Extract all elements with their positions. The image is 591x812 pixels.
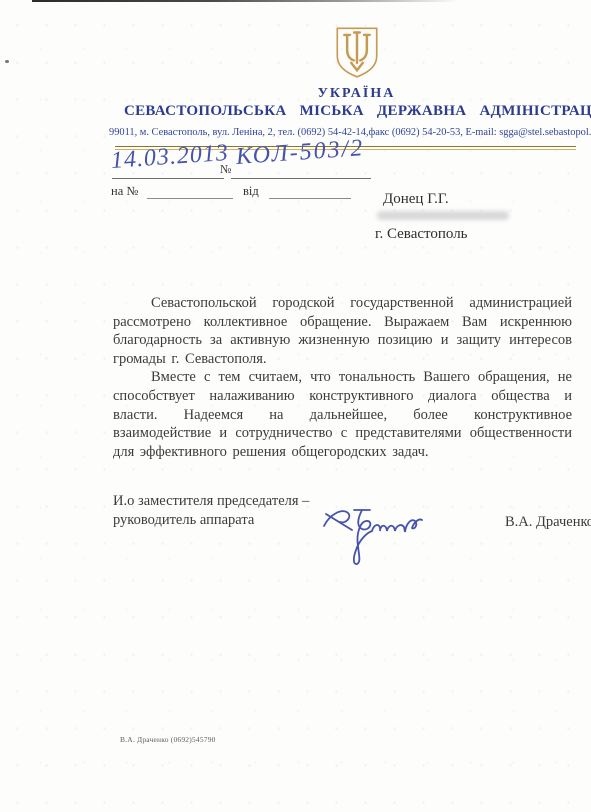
number-underline <box>231 178 371 179</box>
handwritten-reference-number: КОЛ-503/2 <box>235 135 365 171</box>
scan-artifact-top-line <box>32 0 477 2</box>
number-sign-label: № <box>220 162 231 177</box>
organization-name: СЕВАСТОПОЛЬСЬКА МІСЬКА ДЕРЖАВНА АДМІНІСТ… <box>124 103 591 120</box>
signer-title-line-1: И.о заместителя председателя – <box>113 492 309 511</box>
body-paragraph-2: Вместе с тем считаем, что тональность Ва… <box>113 368 572 461</box>
reply-date-blank-line <box>269 198 351 199</box>
scan-artifact-dot <box>5 60 9 63</box>
letter-body: Севастопольской городской государственно… <box>113 294 572 461</box>
country-name: УКРАЇНА <box>318 86 396 102</box>
scanned-letter-page: УКРАЇНА СЕВАСТОПОЛЬСЬКА МІСЬКА ДЕРЖАВНА … <box>0 0 591 812</box>
ukraine-trident-emblem-icon <box>334 25 380 81</box>
footer-contact-line: В.А. Драченко (0692)545790 <box>120 735 216 744</box>
signer-name: В.А. Драченко <box>505 514 591 531</box>
signer-title: И.о заместителя председателя – руководит… <box>113 492 309 530</box>
handwritten-signature <box>318 500 433 572</box>
body-paragraph-1: Севастопольской городской государственно… <box>113 294 572 368</box>
signer-title-line-2: руководитель аппарата <box>113 511 309 530</box>
recipient-city: г. Севастополь <box>375 226 468 243</box>
date-underline <box>112 178 224 179</box>
recipient-name: Донец Г.Г. <box>383 191 449 208</box>
reply-to-number-label: на № <box>111 184 138 199</box>
letterhead-emblem-block: УКРАЇНА <box>299 25 414 102</box>
reply-number-blank-line <box>147 198 233 199</box>
redacted-address-blur <box>377 211 509 220</box>
reply-from-date-label: від <box>243 184 259 199</box>
